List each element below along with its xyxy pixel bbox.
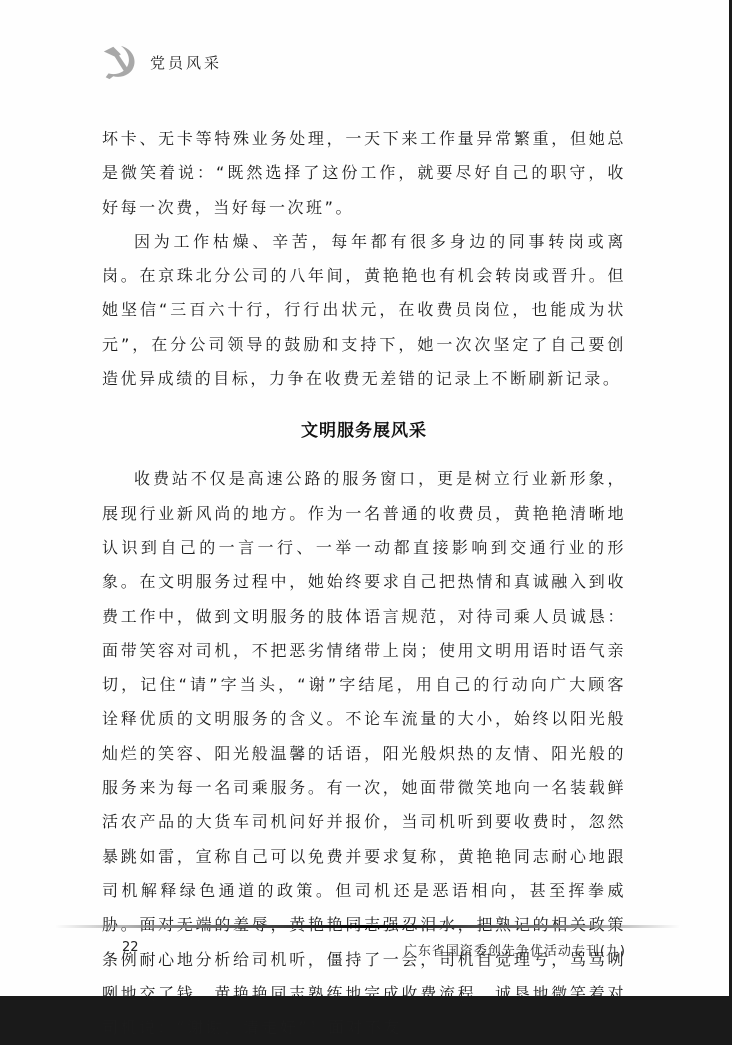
hammer-sickle-icon [100, 42, 138, 82]
document-page: 党员风采 坏卡、无卡等特殊业务处理，一天下来工作量异常繁重，但她总是微笑着说：“… [0, 0, 729, 996]
page-header: 党员风采 [100, 42, 222, 82]
paragraph: 坏卡、无卡等特殊业务处理，一天下来工作量异常繁重，但她总是微笑着说：“既然选择了… [102, 122, 626, 225]
article-body: 坏卡、无卡等特殊业务处理，一天下来工作量异常繁重，但她总是微笑着说：“既然选择了… [102, 122, 626, 1000]
paragraph: 收费站不仅是高速公路的服务窗口，更是树立行业新形象，展现行业新风尚的地方。作为一… [102, 462, 626, 1000]
section-title: 党员风采 [150, 52, 222, 73]
publication-title: 广东省国资委创先争优活动专刊(九) [404, 940, 626, 959]
section-heading: 文明服务展风采 [102, 414, 626, 448]
footer-divider [55, 925, 680, 928]
paragraph: 因为工作枯燥、辛苦，每年都有很多身边的同事转岗或离岗。在京珠北分公司的八年间，黄… [102, 225, 626, 396]
page-number: 22 [122, 940, 139, 955]
